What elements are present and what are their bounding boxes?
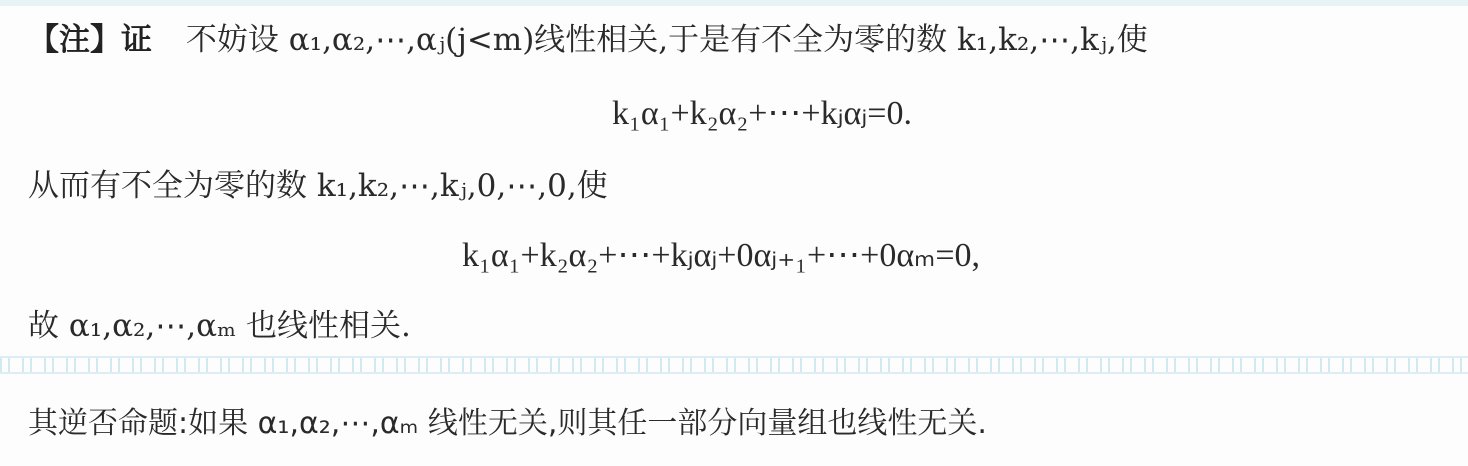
proof-line-2: 从而有不全为零的数 k₁,k₂,⋯,kⱼ,0,⋯,0,使 bbox=[28, 166, 608, 206]
contrapositive-statement: 其逆否命题:如果 α₁,α₂,⋯,αₘ 线性无关,则其任一部分向量组也线性无关. bbox=[28, 404, 987, 444]
decorative-divider bbox=[0, 356, 1468, 374]
equation-2: k₁α₁+k₂α₂+⋯+kⱼαⱼ+0αⱼ₊₁+⋯+0αₘ=0, bbox=[462, 236, 980, 276]
proof-text-1: 不妨设 α₁,α₂,⋯,αⱼ(j<m)线性相关,于是有不全为零的数 k₁,k₂,… bbox=[186, 22, 1148, 58]
top-border bbox=[0, 0, 1468, 6]
proof-line-3: 故 α₁,α₂,⋯,αₘ 也线性相关. bbox=[28, 306, 411, 346]
proof-line-1: 【注】证 不妨设 α₁,α₂,⋯,αⱼ(j<m)线性相关,于是有不全为零的数 k… bbox=[28, 20, 1148, 60]
note-tag: 【注】证 bbox=[28, 22, 152, 58]
equation-1: k₁α₁+k₂α₂+⋯+kⱼαⱼ=0. bbox=[612, 94, 912, 134]
